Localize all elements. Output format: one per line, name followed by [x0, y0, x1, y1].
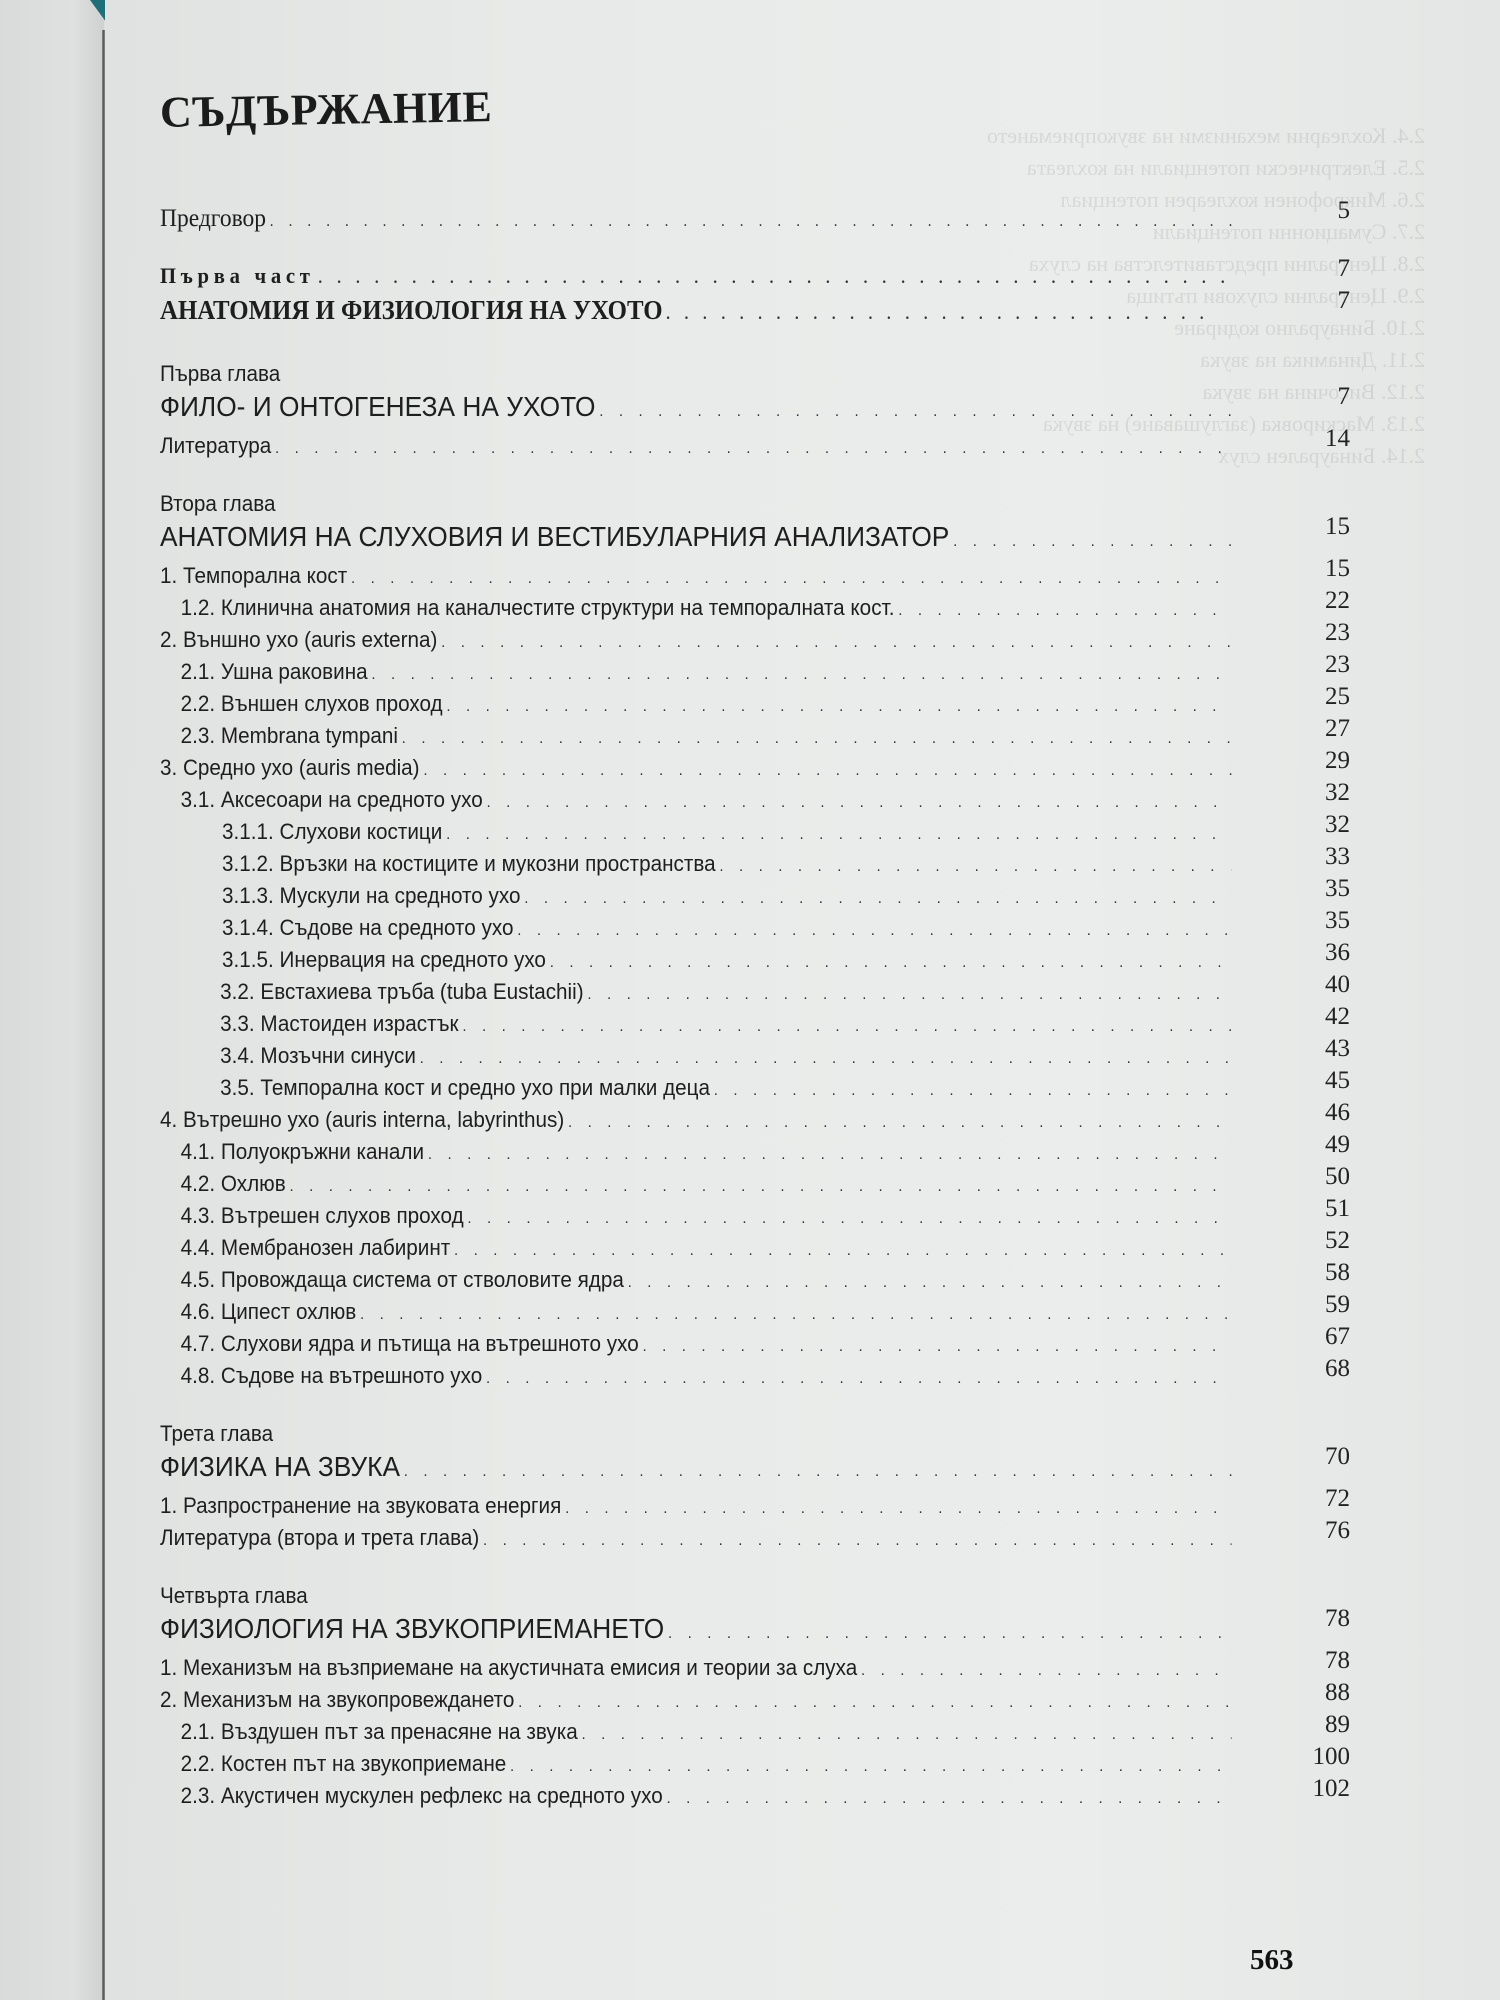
- dot-leader: . . . . . . . . . . . . . . . . . . . . …: [483, 1532, 1232, 1550]
- dot-leader: . . . . . . . . . . . . . . . . . . . . …: [587, 986, 1231, 1004]
- toc-entry: 3.1.3. Мускули на средното ухо . . . . .…: [160, 883, 1232, 915]
- toc-page-number: 43: [1290, 1035, 1350, 1063]
- toc-entry-title: АНАТОМИЯ И ФИЗИОЛОГИЯ НА УХОТО: [160, 295, 666, 326]
- toc-entry-title: 1. Механизъм на възприемане на акустична…: [160, 1655, 861, 1681]
- toc-entry-title: 2.2. Външен слухов проход: [181, 691, 447, 717]
- dot-leader: . . . . . . . . . . . . . . . . . . . . …: [517, 922, 1231, 940]
- toc-entry: 2.2. Външен слухов проход . . . . . . . …: [160, 691, 1232, 723]
- toc-entry-title: Предговор: [160, 205, 270, 233]
- toc-page-number: 51: [1290, 1195, 1350, 1223]
- toc-page-number: 102: [1290, 1775, 1350, 1803]
- book-gutter: [102, 30, 105, 2000]
- dot-leader: . . . . . . . . . . . . . . . . . . . . …: [565, 1500, 1232, 1518]
- toc-page-number: 15: [1290, 555, 1350, 583]
- toc-page-number: 52: [1290, 1227, 1350, 1255]
- toc-entry: 3.3. Мастоиден израстък . . . . . . . . …: [160, 1011, 1232, 1043]
- dot-leader: . . . . . . . . . . . . . . . . . . . . …: [668, 1625, 1232, 1643]
- dot-leader: . . . . . . . . . . . . . . . . . . . . …: [446, 826, 1232, 844]
- facing-page-edge: [0, 0, 104, 2000]
- page-title: СЪДЪРЖАНИЕ: [160, 81, 493, 138]
- toc-page-number: 42: [1290, 1003, 1350, 1031]
- dot-leader: . . . . . . . . . . . . . . . . . . . . …: [628, 1274, 1232, 1292]
- section-spacer: [160, 237, 1300, 263]
- toc-part-title: АНАТОМИЯ И ФИЗИОЛОГИЯ НА УХОТО . . . . .…: [160, 295, 1209, 335]
- dot-leader: . . . . . . . . . . . . . . . . . . . . …: [351, 570, 1232, 588]
- toc-entry: 2.3. Акустичен мускулен рефлекс на средн…: [160, 1783, 1232, 1815]
- toc-page-number: 22: [1290, 587, 1350, 615]
- dot-leader: . . . . . . . . . . . . . . . . . . . . …: [666, 306, 1209, 324]
- dot-leader: . . . . . . . . . . . . . . . . . . . . …: [446, 698, 1231, 716]
- toc-page-number: 50: [1290, 1163, 1350, 1191]
- dot-leader: . . . . . . . . . . . . . . . . . . . . …: [462, 1018, 1231, 1036]
- toc-entry-title: Четвърта глава: [160, 1583, 312, 1609]
- toc-page-number: 100: [1290, 1743, 1350, 1771]
- toc-entry: 1. Разпространение на звуковата енергия …: [160, 1493, 1232, 1525]
- toc-entry-title: 4.2. Охлюв: [181, 1171, 290, 1197]
- dot-leader: . . . . . . . . . . . . . . . . . . . . …: [568, 1114, 1232, 1132]
- dot-leader: . . . . . . . . . . . . . . . . . . . . …: [318, 270, 1231, 288]
- dot-leader: . . . . . . . . . . . . . . . . . . . . …: [642, 1338, 1231, 1356]
- toc-chapter-title: АНАТОМИЯ НА СЛУХОВИЯ И ВЕСТИБУЛАРНИЯ АНА…: [160, 521, 1232, 563]
- toc-page-number: 25: [1290, 683, 1350, 711]
- toc-page-number: 72: [1290, 1485, 1350, 1513]
- toc-part: Първа част . . . . . . . . . . . . . . .…: [160, 263, 1232, 295]
- dot-leader: . . . . . . . . . . . . . . . . . . . . …: [953, 533, 1231, 551]
- toc-entry: 2. Механизъм на звукопровеждането . . . …: [160, 1687, 1232, 1719]
- toc-entry: 2.1. Ушна раковина . . . . . . . . . . .…: [160, 659, 1232, 691]
- toc-entry: 3.1.1. Слухови костици . . . . . . . . .…: [160, 819, 1232, 851]
- dot-leader: . . . . . . . . . . . . . . . . . . . . …: [428, 1146, 1232, 1164]
- toc-page-number: 78: [1290, 1605, 1350, 1633]
- dot-leader: . . . . . . . . . . . . . . . . . . . . …: [550, 954, 1232, 972]
- toc-page-number: 59: [1290, 1291, 1350, 1319]
- dot-leader: . . . . . . . . . . . . . . . . . . . . …: [423, 762, 1231, 780]
- toc-page-number: 67: [1290, 1323, 1350, 1351]
- toc-page-number: 27: [1290, 715, 1350, 743]
- toc-entry-title: 4.4. Мембранозен лабиринт: [181, 1235, 454, 1261]
- toc-entry: Литература . . . . . . . . . . . . . . .…: [160, 433, 1232, 465]
- toc-entry: 3.4. Мозъчни синуси . . . . . . . . . . …: [160, 1043, 1232, 1075]
- toc-entry-title: Втора глава: [160, 491, 279, 517]
- toc-entry-title: 4.7. Слухови ядра и пътища на вътрешното…: [181, 1331, 643, 1357]
- toc-entry: 1.2. Клинична анатомия на каналчестите с…: [160, 595, 1232, 627]
- dot-leader: . . . . . . . . . . . . . . . . . . . . …: [289, 1178, 1231, 1196]
- toc-entry-title: ФИЛО- И ОНТОГЕНЕЗА НА УХОТО: [160, 391, 599, 423]
- section-spacer: [160, 465, 1300, 491]
- toc-entry-title: 3.5. Темпорална кост и средно ухо при ма…: [220, 1075, 714, 1101]
- toc-page-number: 70: [1290, 1443, 1350, 1471]
- dot-leader: . . . . . . . . . . . . . . . . . . . . …: [719, 858, 1231, 876]
- dot-leader: . . . . . . . . . . . . . . . . . . . . …: [666, 1790, 1231, 1808]
- section-spacer: [160, 1395, 1300, 1421]
- toc-page-number: 68: [1290, 1355, 1350, 1383]
- toc-page-number: 7: [1290, 255, 1350, 283]
- toc-entry: 4.8. Съдове на вътрешното ухо . . . . . …: [160, 1363, 1232, 1395]
- toc-page-number: 45: [1290, 1067, 1350, 1095]
- toc-page-number: 89: [1290, 1711, 1350, 1739]
- toc-entry: 3.5. Темпорална кост и средно ухо при ма…: [160, 1075, 1232, 1107]
- dot-leader: . . . . . . . . . . . . . . . . . . . . …: [599, 403, 1231, 421]
- toc-entry-title: 2. Механизъм на звукопровеждането: [160, 1687, 518, 1713]
- dot-leader: . . . . . . . . . . . . . . . . . . . . …: [454, 1242, 1232, 1260]
- dot-leader: . . . . . . . . . . . . . . . . . . . . …: [270, 213, 1232, 231]
- toc-entry: Литература (втора и трета глава) . . . .…: [160, 1525, 1232, 1557]
- toc-entry: 2. Външно ухо (auris externa) . . . . . …: [160, 627, 1232, 659]
- dot-leader: . . . . . . . . . . . . . . . . . . . . …: [486, 1370, 1232, 1388]
- toc-entry-title: Литература (втора и трета глава): [160, 1525, 483, 1551]
- toc-page-number: 88: [1290, 1679, 1350, 1707]
- toc-entry: 4.6. Ципест охлюв . . . . . . . . . . . …: [160, 1299, 1232, 1331]
- toc-page-number: 40: [1290, 971, 1350, 999]
- toc-entry: 4.1. Полуокръжни канали . . . . . . . . …: [160, 1139, 1232, 1171]
- toc-chapter-label: Трета глава: [160, 1421, 1232, 1451]
- toc-entry: 3.1.2. Връзки на костиците и мукозни про…: [160, 851, 1232, 883]
- toc-entry: 3.1.4. Съдове на средното ухо . . . . . …: [160, 915, 1232, 947]
- dot-leader: . . . . . . . . . . . . . . . . . . . . …: [420, 1050, 1232, 1068]
- dot-leader: . . . . . . . . . . . . . . . . . . . . …: [360, 1306, 1232, 1324]
- toc-page-number: 32: [1290, 811, 1350, 839]
- toc-entry-title: 3.1.1. Слухови костици: [222, 819, 446, 845]
- toc-chapter-title: ФИЛО- И ОНТОГЕНЕЗА НА УХОТО . . . . . . …: [160, 391, 1232, 433]
- toc-chapter-label: Първа глава: [160, 361, 1232, 391]
- toc-entry-title: 3.3. Мастоиден израстък: [220, 1011, 462, 1037]
- toc-entry-title: 3. Средно ухо (auris media): [160, 755, 423, 781]
- toc-page-number: 46: [1290, 1099, 1350, 1127]
- toc-page-number: 33: [1290, 843, 1350, 871]
- toc-entry: 4. Вътрешно ухо (auris interna, labyrint…: [160, 1107, 1232, 1139]
- toc-entry-title: 1. Разпространение на звуковата енергия: [160, 1493, 565, 1519]
- toc-chapter-label: Втора глава: [160, 491, 1232, 521]
- dot-leader: . . . . . . . . . . . . . . . . . . . . …: [441, 634, 1231, 652]
- toc-entry-title: Литература: [160, 433, 275, 459]
- toc-entry-title: 3.4. Мозъчни синуси: [220, 1043, 419, 1069]
- toc-entry: 3.2. Евстахиева тръба (tuba Eustachii) .…: [160, 979, 1232, 1011]
- toc-entry: 3.1. Аксесоари на средното ухо . . . . .…: [160, 787, 1232, 819]
- toc-page-number: 35: [1290, 907, 1350, 935]
- toc-chapter-title: ФИЗИОЛОГИЯ НА ЗВУКОПРИЕМАНЕТО . . . . . …: [160, 1613, 1232, 1655]
- toc-entry: 4.4. Мембранозен лабиринт . . . . . . . …: [160, 1235, 1232, 1267]
- toc-page-number: 15: [1290, 513, 1350, 541]
- toc-entry: 4.5. Провождаща система от стволовите яд…: [160, 1267, 1232, 1299]
- toc-page-number: 78: [1290, 1647, 1350, 1675]
- toc-entry-title: 4.3. Вътрешен слухов проход: [181, 1203, 468, 1229]
- toc-entry-title: АНАТОМИЯ НА СЛУХОВИЯ И ВЕСТИБУЛАРНИЯ АНА…: [160, 521, 953, 553]
- dot-leader: . . . . . . . . . . . . . . . . . . . . …: [714, 1082, 1232, 1100]
- toc-entry-title: 3.1.3. Мускули на средното ухо: [222, 883, 524, 909]
- section-spacer: [160, 335, 1300, 361]
- toc-entry-title: ФИЗИОЛОГИЯ НА ЗВУКОПРИЕМАНЕТО: [160, 1613, 668, 1645]
- toc-entry-title: 4. Вътрешно ухо (auris interna, labyrint…: [160, 1107, 568, 1133]
- toc-chapter-title: ФИЗИКА НА ЗВУКА . . . . . . . . . . . . …: [160, 1451, 1232, 1493]
- toc-entry-title: 4.1. Полуокръжни канали: [181, 1139, 428, 1165]
- toc-entry-title: 3.1.5. Инервация на средното ухо: [222, 947, 550, 973]
- toc-entry: 2.1. Въздушен път за пренасяне на звука …: [160, 1719, 1232, 1751]
- dot-leader: . . . . . . . . . . . . . . . . . . . . …: [371, 666, 1231, 684]
- toc-entry-title: 4.6. Ципест охлюв: [181, 1299, 360, 1325]
- dot-leader: . . . . . . . . . . . . . . . . . . . . …: [518, 1694, 1231, 1712]
- toc-page-number: 23: [1290, 619, 1350, 647]
- toc-entry-title: 2.3. Membrana tympani: [181, 723, 402, 749]
- dot-leader: . . . . . . . . . . . . . . . . . . . . …: [510, 1758, 1232, 1776]
- toc-entry-title: ФИЗИКА НА ЗВУКА: [160, 1451, 404, 1483]
- toc-entry: 4.7. Слухови ядра и пътища на вътрешното…: [160, 1331, 1232, 1363]
- toc-entry: 1. Темпорална кост . . . . . . . . . . .…: [160, 563, 1232, 595]
- toc-page-number: 58: [1290, 1259, 1350, 1287]
- toc-entry-title: 4.8. Съдове на вътрешното ухо: [181, 1363, 486, 1389]
- toc-entry-title: Първа част: [160, 263, 318, 289]
- toc-entry-title: 1. Темпорална кост: [160, 563, 351, 589]
- toc-entry-title: 2.1. Въздушен път за пренасяне на звука: [181, 1719, 582, 1745]
- toc-entry-title: 2.1. Ушна раковина: [181, 659, 372, 685]
- dot-leader: . . . . . . . . . . . . . . . . . . . . …: [487, 794, 1232, 812]
- toc-entry-title: 3.1. Аксесоари на средното ухо: [181, 787, 487, 813]
- toc-page-number: 23: [1290, 651, 1350, 679]
- page-folio-number: 563: [1250, 1944, 1294, 1977]
- dot-leader: . . . . . . . . . . . . . . . . . . . . …: [467, 1210, 1231, 1228]
- dot-leader: . . . . . . . . . . . . . . . . . . . . …: [582, 1726, 1232, 1744]
- toc-entry-title: 3.1.2. Връзки на костиците и мукозни про…: [222, 851, 719, 877]
- toc-entry: 1. Механизъм на възприемане на акустична…: [160, 1655, 1232, 1687]
- toc-entry: 2.3. Membrana tympani . . . . . . . . . …: [160, 723, 1232, 755]
- toc-entry: 4.2. Охлюв . . . . . . . . . . . . . . .…: [160, 1171, 1232, 1203]
- toc-entry-title: 3.2. Евстахиева тръба (tuba Eustachii): [220, 979, 587, 1005]
- dot-leader: . . . . . . . . . . . . . . . . . . . . …: [275, 440, 1232, 458]
- dot-leader: . . . . . . . . . . . . . . . . . . . . …: [404, 1463, 1232, 1481]
- toc-entry-title: 2.3. Акустичен мускулен рефлекс на средн…: [181, 1783, 667, 1809]
- toc-entry-title: Първа глава: [160, 361, 284, 387]
- toc-entry-title: 2. Външно ухо (auris externa): [160, 627, 441, 653]
- table-of-contents: Предговор . . . . . . . . . . . . . . . …: [160, 205, 1300, 1815]
- toc-entry-serif: Предговор . . . . . . . . . . . . . . . …: [160, 205, 1232, 237]
- toc-entry-title: Трета глава: [160, 1421, 277, 1447]
- toc-entry: 4.3. Вътрешен слухов проход . . . . . . …: [160, 1203, 1232, 1235]
- toc-entry: 2.2. Костен път на звукоприемане . . . .…: [160, 1751, 1232, 1783]
- toc-page-number: 7: [1290, 287, 1350, 315]
- toc-entry-title: 3.1.4. Съдове на средното ухо: [222, 915, 517, 941]
- toc-entry: 3. Средно ухо (auris media) . . . . . . …: [160, 755, 1232, 787]
- toc-page-number: 49: [1290, 1131, 1350, 1159]
- toc-page-number: 76: [1290, 1517, 1350, 1545]
- toc-page-number: 14: [1290, 425, 1350, 453]
- dot-leader: . . . . . . . . . . . . . . . . . . . . …: [861, 1662, 1232, 1680]
- toc-page-number: 35: [1290, 875, 1350, 903]
- toc-page-number: 29: [1290, 747, 1350, 775]
- toc-page-number: 32: [1290, 779, 1350, 807]
- section-spacer: [160, 1557, 1300, 1583]
- toc-entry-title: 2.2. Костен път на звукоприемане: [181, 1751, 510, 1777]
- toc-entry-title: 1.2. Клинична анатомия на каналчестите с…: [181, 595, 899, 621]
- dot-leader: . . . . . . . . . . . . . . . . . . . . …: [524, 890, 1231, 908]
- toc-entry: 3.1.5. Инервация на средното ухо . . . .…: [160, 947, 1232, 979]
- toc-chapter-label: Четвърта глава: [160, 1583, 1232, 1613]
- dot-leader: . . . . . . . . . . . . . . . . . . . . …: [402, 730, 1232, 748]
- toc-page-number: 7: [1290, 383, 1350, 411]
- toc-page-number: 5: [1290, 197, 1350, 225]
- toc-entry-title: 4.5. Провождаща система от стволовите яд…: [181, 1267, 628, 1293]
- dot-leader: . . . . . . . . . . . . . . . . . . . . …: [898, 602, 1231, 620]
- toc-page-number: 36: [1290, 939, 1350, 967]
